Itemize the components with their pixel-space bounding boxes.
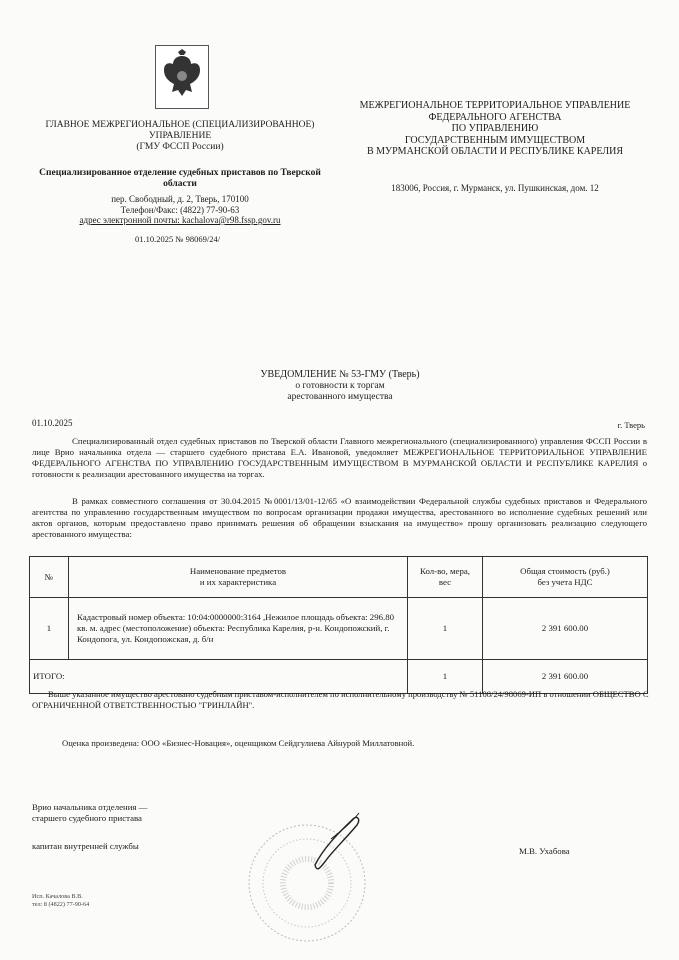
sender-agency: ГЛАВНОЕ МЕЖРЕГИОНАЛЬНОЕ (СПЕЦИАЛИЗИРОВАН…: [30, 120, 330, 153]
sender-agency-line: ГЛАВНОЕ МЕЖРЕГИОНАЛЬНОЕ (СПЕЦИАЛИЗИРОВАН…: [30, 120, 330, 131]
recipient-agency: МЕЖРЕГИОНАЛЬНОЕ ТЕРРИТОРИАЛЬНОЕ УПРАВЛЕН…: [335, 100, 655, 158]
row-description: Кадастровый номер объекта: 10:04:0000000…: [69, 598, 408, 660]
sender-contacts: пер. Свободный, д. 2, Тверь, 170100 Теле…: [30, 194, 330, 226]
coat-of-arms-emblem: [155, 45, 209, 109]
header-qty: Кол-во, мера, вес: [408, 557, 483, 598]
body-paragraph-text: Выше указанное имущество арестовано суде…: [32, 689, 649, 710]
row-no: 1: [30, 598, 69, 660]
signatory-position-line: Врио начальника отделения —: [32, 802, 147, 813]
header-sum-line: Общая стоимость (руб.): [484, 566, 646, 577]
signatory-position: Врио начальника отделения — старшего суд…: [32, 802, 147, 824]
recipient-line: МЕЖРЕГИОНАЛЬНОЕ ТЕРРИТОРИАЛЬНОЕ УПРАВЛЕН…: [335, 100, 655, 112]
executor-name: Исп. Качалова В.В.: [32, 893, 89, 901]
notice-subtitle: о готовности к торгам: [180, 381, 500, 393]
recipient-line: ПО УПРАВЛЕНИЮ: [335, 123, 655, 135]
official-stamp-icon: [235, 805, 385, 945]
executor-phone: тел: 8 (4822) 77-90-64: [32, 901, 89, 909]
outgoing-number: 01.10.2025 № 98069/24/: [135, 234, 220, 244]
notice-title-main: УВЕДОМЛЕНИЕ № 53-ГМУ (Тверь): [180, 369, 500, 381]
header-no: №: [30, 557, 69, 598]
recipient-address: 183006, Россия, г. Мурманск, ул. Пушкинс…: [335, 183, 655, 193]
notice-date: 01.10.2025: [32, 418, 73, 428]
executor-info: Исп. Качалова В.В. тел: 8 (4822) 77-90-6…: [32, 893, 89, 909]
header-name-line: Наименование предметов: [70, 566, 406, 577]
header-name: Наименование предметов и их характеристи…: [69, 557, 408, 598]
notice-city: г. Тверь: [618, 420, 645, 430]
sender-address: пер. Свободный, д. 2, Тверь, 170100: [30, 194, 330, 205]
row-qty: 1: [408, 598, 483, 660]
header-sum-line: без учета НДС: [484, 577, 646, 588]
body-paragraph-text: Специализированный отдел судебных приста…: [32, 436, 647, 479]
notice-title: УВЕДОМЛЕНИЕ № 53-ГМУ (Тверь) о готовност…: [180, 369, 500, 404]
body-paragraph-2: В рамках совместного соглашения от 30.04…: [32, 496, 647, 540]
sender-email: адрес электронной почты: kachalova@r98.f…: [30, 215, 330, 226]
table-header-row: № Наименование предметов и их характерис…: [30, 557, 648, 598]
header-name-line: и их характеристика: [70, 577, 406, 588]
notice-subtitle: арестованного имущества: [180, 392, 500, 404]
sender-department-line: области: [30, 179, 330, 190]
sender-phone: Телефон/Факс: (4822) 77-90-63: [30, 205, 330, 216]
header-qty-line: Кол-во, мера,: [409, 566, 481, 577]
recipient-line: ГОСУДАРСТВЕННЫМ ИМУЩЕСТВОМ: [335, 135, 655, 147]
recipient-line: ФЕДЕРАЛЬНОГО АГЕНСТВА: [335, 112, 655, 124]
body-paragraph-3: Выше указанное имущество арестовано суде…: [32, 689, 652, 711]
sender-department-line: Специализированное отделение судебных пр…: [30, 168, 330, 179]
body-paragraph-text: В рамках совместного соглашения от 30.04…: [32, 496, 647, 539]
sender-department: Специализированное отделение судебных пр…: [30, 168, 330, 190]
double-headed-eagle-icon: [156, 46, 208, 108]
body-paragraph-1: Специализированный отдел судебных приста…: [32, 436, 647, 480]
signatory-rank: капитан внутренней службы: [32, 841, 139, 851]
signatory-name: М.В. Ухабова: [519, 846, 570, 856]
row-sum: 2 391 600.00: [483, 598, 648, 660]
body-paragraph-4: Оценка произведена: ООО «Бизнес-Новация»…: [62, 738, 414, 748]
table-row: 1 Кадастровый номер объекта: 10:04:00000…: [30, 598, 648, 660]
signatory-position-line: старшего судебного пристава: [32, 813, 147, 824]
header-sum: Общая стоимость (руб.) без учета НДС: [483, 557, 648, 598]
property-table: № Наименование предметов и их характерис…: [29, 556, 648, 694]
header-qty-line: вес: [409, 577, 481, 588]
recipient-line: В МУРМАНСКОЙ ОБЛАСТИ И РЕСПУБЛИКЕ КАРЕЛИ…: [335, 146, 655, 158]
sender-agency-line: УПРАВЛЕНИЕ: [30, 131, 330, 142]
sender-agency-line: (ГМУ ФССП России): [30, 142, 330, 153]
